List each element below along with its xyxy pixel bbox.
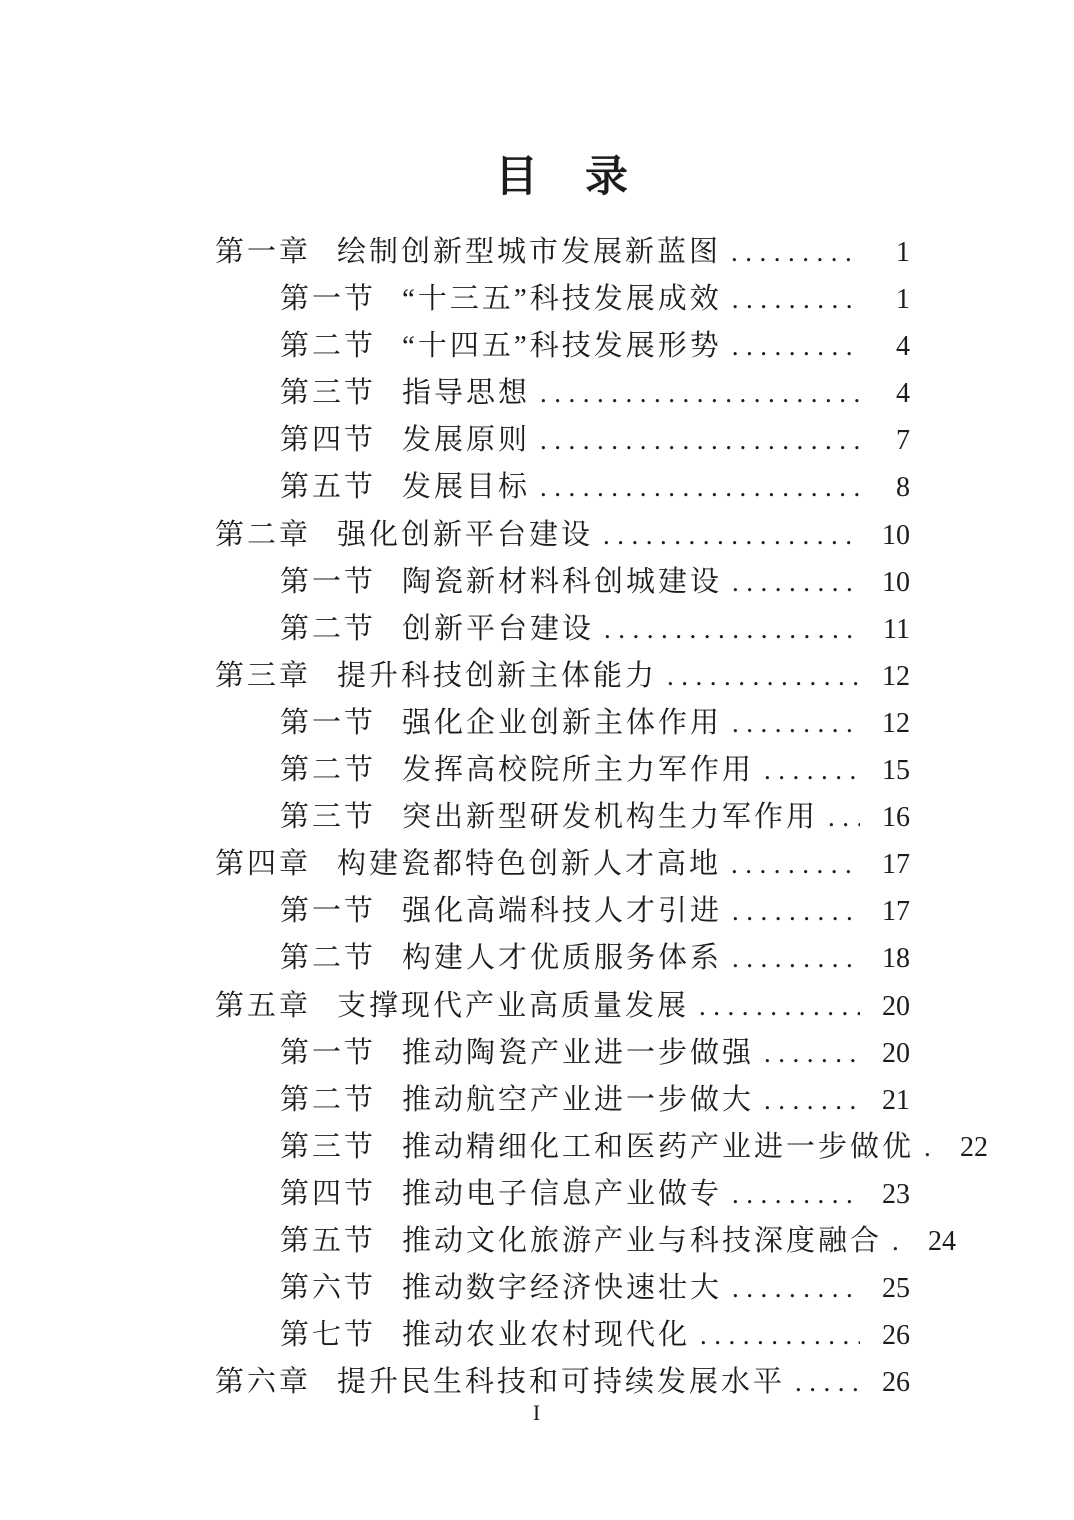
toc-entry-title: 提升民生科技和可持续发展水平: [337, 1359, 785, 1400]
toc-dot-leader: [699, 990, 860, 1023]
toc-entry-label: 第一节: [280, 276, 376, 317]
toc-entry-page-number: 15: [866, 755, 910, 787]
toc-dot-leader: [732, 283, 860, 316]
toc-dot-leader: [731, 848, 860, 881]
toc-entry[interactable]: 第一节 强化高端科技人才引进 17: [215, 888, 910, 935]
toc-entry[interactable]: 第三节 突出新型研发机构生力军作用 16: [215, 794, 910, 841]
toc-entry[interactable]: 第一节 “十三五”科技发展成效 1: [215, 276, 910, 323]
toc-entry-title: 创新平台建设: [402, 606, 594, 647]
toc-dot-leader: [731, 236, 860, 269]
toc-entry-title: 推动文化旅游产业与科技深度融合: [402, 1218, 882, 1259]
toc-dot-leader: [732, 1272, 860, 1305]
toc-entry-title: 发挥高校院所主力军作用: [402, 747, 754, 788]
toc-dot-leader: [732, 895, 860, 928]
toc-entry-page-number: 17: [866, 849, 910, 881]
toc-entry-label: 第三节: [280, 370, 376, 411]
toc-dot-leader: [732, 1178, 860, 1211]
toc-entry-title: 发展目标: [402, 464, 530, 505]
toc-entry-page-number: 12: [866, 661, 910, 693]
page-title: 目 录: [215, 150, 910, 205]
toc-entry[interactable]: 第二节 “十四五”科技发展形势 4: [215, 323, 910, 370]
toc-entry[interactable]: 第三节 指导思想 4: [215, 370, 910, 417]
toc-entry-label: 第一节: [280, 700, 376, 741]
toc-entry[interactable]: 第二节 构建人才优质服务体系 18: [215, 935, 910, 982]
toc-content-area: 目 录 第一章 绘制创新型城市发展新蓝图 1 第一节 “十三五”科技发展成效 1: [215, 150, 910, 1406]
toc-dot-leader: [667, 660, 860, 693]
toc-entry[interactable]: 第四节 推动电子信息产业做专 23: [215, 1171, 910, 1218]
toc-entry-title: 构建瓷都特色创新人才高地: [337, 841, 721, 882]
toc-entry-label: 第二节: [280, 606, 376, 647]
toc-entry-title: 陶瓷新材料科创城建设: [402, 559, 722, 600]
toc-entry[interactable]: 第一章 绘制创新型城市发展新蓝图 1: [215, 229, 910, 276]
toc-entry-label: 第四节: [280, 1171, 376, 1212]
toc-entry-label: 第五章: [215, 983, 311, 1024]
toc-entry-label: 第四章: [215, 841, 311, 882]
toc-entry[interactable]: 第三节 推动精细化工和医药产业进一步做优 22: [215, 1124, 910, 1171]
toc-entry-page-number: 1: [866, 284, 910, 316]
toc-entry-title: 指导思想: [402, 370, 530, 411]
document-page: 目 录 第一章 绘制创新型城市发展新蓝图 1 第一节 “十三五”科技发展成效 1: [0, 0, 1074, 1520]
toc-entry-label: 第一节: [280, 1030, 376, 1071]
toc-entry-title: 强化高端科技人才引进: [402, 888, 722, 929]
toc-entry-title: 推动农业农村现代化: [402, 1312, 690, 1353]
toc-entry-title: “十三五”科技发展成效: [402, 276, 722, 317]
toc-entry-label: 第六章: [215, 1359, 311, 1400]
toc-entry-title: 强化创新平台建设: [337, 512, 593, 553]
toc-entry[interactable]: 第二节 创新平台建设 11: [215, 606, 910, 653]
toc-entry[interactable]: 第一节 强化企业创新主体作用 12: [215, 700, 910, 747]
toc-entry-page-number: 12: [866, 708, 910, 740]
toc-entry-page-number: 18: [866, 943, 910, 975]
toc-entry-label: 第二节: [280, 323, 376, 364]
toc-entry[interactable]: 第三章 提升科技创新主体能力 12: [215, 653, 910, 700]
toc-entry-title: 推动陶瓷产业进一步做强: [402, 1030, 754, 1071]
toc-entry-title: 强化企业创新主体作用: [402, 700, 722, 741]
toc-entry-page-number: 17: [866, 896, 910, 928]
toc-entry-page-number: 21: [866, 1085, 910, 1117]
toc-entry[interactable]: 第一节 推动陶瓷产业进一步做强 20: [215, 1030, 910, 1077]
toc-entry-title: 发展原则: [402, 417, 530, 458]
toc-entry-label: 第七节: [280, 1312, 376, 1353]
toc-dot-leader: [603, 519, 860, 552]
toc-entry[interactable]: 第七节 推动农业农村现代化 26: [215, 1312, 910, 1359]
toc-entry-title: 支撑现代产业高质量发展: [337, 983, 689, 1024]
toc-entry-label: 第三节: [280, 1124, 376, 1165]
toc-entry-page-number: 11: [866, 614, 910, 646]
toc-dot-leader: [732, 942, 860, 975]
toc-entry-label: 第六节: [280, 1265, 376, 1306]
toc-dot-leader: [764, 1037, 860, 1070]
toc-entry-label: 第一章: [215, 229, 311, 270]
toc-entry[interactable]: 第五节 发展目标 8: [215, 464, 910, 511]
toc-entry-title: 突出新型研发机构生力军作用: [402, 794, 818, 835]
toc-entry[interactable]: 第四节 发展原则 7: [215, 417, 910, 464]
table-of-contents: 第一章 绘制创新型城市发展新蓝图 1 第一节 “十三五”科技发展成效 1 第二节…: [215, 229, 910, 1406]
toc-entry-label: 第三节: [280, 794, 376, 835]
toc-dot-leader: [732, 707, 860, 740]
toc-entry[interactable]: 第六节 推动数字经济快速壮大 25: [215, 1265, 910, 1312]
toc-entry-page-number: 8: [866, 472, 910, 504]
toc-entry-page-number: 16: [866, 802, 910, 834]
toc-entry-title: 推动电子信息产业做专: [402, 1171, 722, 1212]
toc-entry-label: 第二节: [280, 935, 376, 976]
toc-entry-title: 构建人才优质服务体系: [402, 935, 722, 976]
toc-entry-page-number: 26: [866, 1367, 910, 1399]
toc-entry-label: 第二节: [280, 1077, 376, 1118]
toc-dot-leader: [700, 1319, 860, 1352]
toc-entry[interactable]: 第四章 构建瓷都特色创新人才高地 17: [215, 841, 910, 888]
toc-entry-page-number: 20: [866, 1038, 910, 1070]
toc-dot-leader: [604, 613, 860, 646]
toc-entry-title: 推动数字经济快速壮大: [402, 1265, 722, 1306]
toc-entry-label: 第二章: [215, 512, 311, 553]
toc-entry-page-number: 1: [866, 237, 910, 269]
toc-entry-label: 第一节: [280, 559, 376, 600]
toc-entry-page-number: 25: [866, 1273, 910, 1305]
toc-entry[interactable]: 第二节 发挥高校院所主力军作用 15: [215, 747, 910, 794]
toc-entry-page-number: 10: [866, 567, 910, 599]
toc-entry[interactable]: 第二节 推动航空产业进一步做大 21: [215, 1077, 910, 1124]
toc-entry-page-number: 7: [866, 425, 910, 457]
toc-entry-page-number: 22: [944, 1132, 988, 1164]
toc-dot-leader: [732, 330, 860, 363]
toc-entry-title: 绘制创新型城市发展新蓝图: [337, 229, 721, 270]
footer-page-number: I: [0, 1400, 1074, 1426]
toc-entry-page-number: 20: [866, 991, 910, 1023]
toc-entry[interactable]: 第一节 陶瓷新材料科创城建设 10: [215, 559, 910, 606]
toc-entry-page-number: 10: [866, 520, 910, 552]
toc-entry-page-number: 23: [866, 1179, 910, 1211]
toc-entry[interactable]: 第五节 推动文化旅游产业与科技深度融合 24: [215, 1218, 910, 1265]
toc-dot-leader: [828, 801, 860, 834]
toc-dot-leader: [924, 1131, 938, 1164]
toc-entry-label: 第四节: [280, 417, 376, 458]
toc-dot-leader: [795, 1366, 860, 1399]
toc-entry-title: 推动航空产业进一步做大: [402, 1077, 754, 1118]
toc-entry-title: “十四五”科技发展形势: [402, 323, 722, 364]
toc-entry[interactable]: 第二章 强化创新平台建设 10: [215, 512, 910, 559]
toc-dot-leader: [732, 566, 860, 599]
toc-dot-leader: [540, 471, 860, 504]
toc-entry-label: 第五节: [280, 1218, 376, 1259]
toc-dot-leader: [540, 377, 860, 410]
toc-entry-label: 第二节: [280, 747, 376, 788]
toc-entry-label: 第三章: [215, 653, 311, 694]
toc-dot-leader: [764, 1084, 860, 1117]
toc-entry-label: 第一节: [280, 888, 376, 929]
toc-entry-page-number: 24: [912, 1226, 956, 1258]
toc-entry-page-number: 26: [866, 1320, 910, 1352]
toc-entry[interactable]: 第五章 支撑现代产业高质量发展 20: [215, 983, 910, 1030]
toc-dot-leader: [540, 424, 860, 457]
toc-entry-page-number: 4: [866, 331, 910, 363]
toc-entry-title: 推动精细化工和医药产业进一步做优: [402, 1124, 914, 1165]
toc-entry-title: 提升科技创新主体能力: [337, 653, 657, 694]
toc-dot-leader: [764, 754, 860, 787]
toc-dot-leader: [892, 1225, 906, 1258]
toc-entry-page-number: 4: [866, 378, 910, 410]
toc-entry-label: 第五节: [280, 464, 376, 505]
